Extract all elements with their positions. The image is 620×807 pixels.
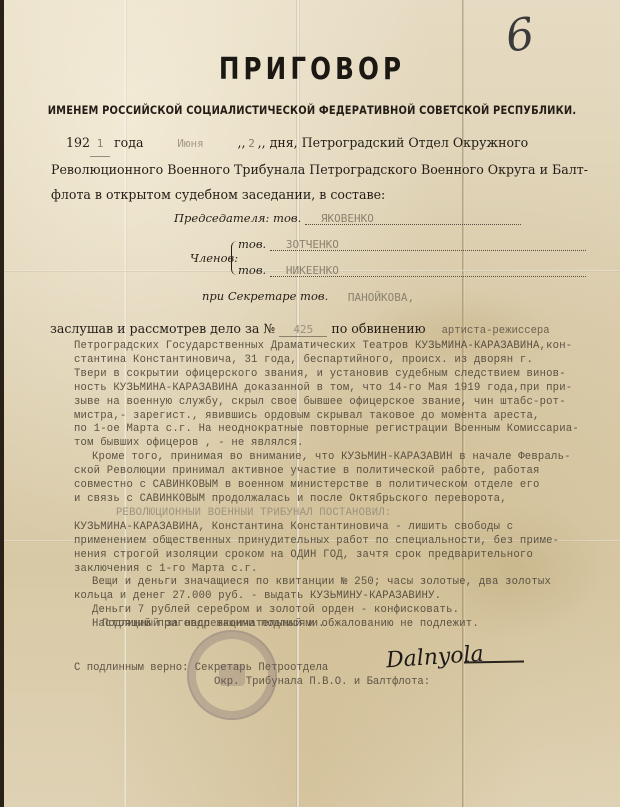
property-line: Вещи и деньги значащиеся по квитанции № … <box>74 576 619 590</box>
document-title: ПРИГОВОР <box>59 52 564 87</box>
year-label: года <box>114 135 143 150</box>
member-1-row: тов. ЗОТЧЕНКО <box>238 237 586 251</box>
secretary-label: при Секретаре тов. <box>202 289 328 303</box>
intro-line-2: Революционного Военного Трибунала Петрог… <box>51 157 598 182</box>
body-line: Кроме того, принимая во внимание, что КУ… <box>74 451 619 465</box>
month-fill: Июня <box>148 131 234 156</box>
intro-line-3: флота в открытом судебном заседании, в с… <box>51 182 598 207</box>
body-line: совместно с САВИНКОВЫМ в военном министе… <box>74 479 619 493</box>
year-prefix: 192 <box>66 130 90 155</box>
case-line: заслушав и рассмотрев дело за № 425 по о… <box>50 321 550 337</box>
document-page: 6 ПРИГОВОР ИМЕНЕМ РОССИЙСКОЙ СОЦИАЛИСТИЧ… <box>4 0 620 807</box>
resolution-line: применением общественных принудительных … <box>74 535 619 549</box>
case-number: 425 <box>279 323 327 337</box>
chairman-row: Председателя: тов. ЯКОВЕНКО <box>174 211 521 225</box>
day-close: ,, дня, Петроградский Отдел Окружного <box>258 135 529 150</box>
secretary-row: при Секретаре тов. ПАНОЙКОВА, <box>202 289 468 303</box>
body-line: том бывших офицеров , - не являлся. <box>74 437 619 451</box>
day-fill: 2 <box>246 131 258 156</box>
body-line: мистра,- зарегист., явившись ордовым скр… <box>74 410 619 424</box>
property-line: Деньги 7 рублей серебром и золотой орден… <box>74 604 619 618</box>
body-line: ской Революции принимал активное участие… <box>74 465 619 479</box>
document-subtitle: ИМЕНЕМ РОССИЙСКОЙ СОЦИАЛИСТИЧЕСКОЙ ФЕДЕР… <box>47 103 577 117</box>
intro-paragraph: 1921 года Июня ,,2,, дня, Петроградский … <box>58 130 598 207</box>
member-2-name: НИКЕЕНКО <box>270 264 586 277</box>
charge-typed: артиста-режиссера <box>442 325 550 337</box>
stamp-emblem-icon <box>219 664 245 686</box>
case-prefix: заслушав и рассмотрев дело за <box>50 321 259 336</box>
body-line: Петроградских Государственных Драматичес… <box>74 340 619 354</box>
secretary-name: ПАНОЙКОВА, <box>332 291 468 303</box>
original-signed-note: Подлинный за надлежащими подписями. <box>102 618 325 630</box>
member-2-label: тов. <box>238 263 266 277</box>
chairman-name: ЯКОВЕНКО <box>305 212 521 225</box>
secretary-signature: Dalnyola <box>385 642 484 674</box>
chairman-label: Председателя: тов. <box>174 211 301 225</box>
resolution-heading: РЕВОЛЮЦИОННЫЙ ВОЕННЫЙ ТРИБУНАЛ ПОСТАНОВИ… <box>74 507 619 521</box>
body-line: Твери в сокрытии офицерского звания, и у… <box>74 368 619 382</box>
member-1-name: ЗОТЧЕНКО <box>270 238 586 251</box>
charge-label: по обвинению <box>331 321 425 336</box>
year-fill: 1 <box>90 131 110 157</box>
signature-stroke <box>464 660 524 663</box>
typed-body: Петроградских Государственных Драматичес… <box>74 340 619 632</box>
tribunal-stamp <box>187 630 277 720</box>
body-line: зыве на военную службу, скрыл свое бывше… <box>74 396 619 410</box>
resolution-line: КУЗЬМИНА-КАРАЗАВИНА, Константина Констан… <box>74 521 619 535</box>
intro-line-date: 1921 года Июня ,,2,, дня, Петроградский … <box>58 130 598 157</box>
property-line: кольца и денег 27.000 руб. - выдать КУЗЬ… <box>74 590 619 604</box>
body-line: ность КУЗЬМИНА-КАРАЗАВИНА доказанной в т… <box>74 382 619 396</box>
body-line: и связь с САВИНКОВЫМ продолжалась и посл… <box>74 493 619 507</box>
member-2-row: тов. НИКЕЕНКО <box>238 263 586 277</box>
body-line: по 1-ое Марта с.г. На неоднократные повт… <box>74 423 619 437</box>
case-number-label: № <box>263 321 275 336</box>
resolution-line: заключения с 1-го Марта с.г. <box>74 563 619 577</box>
body-line: стантина Константиновича, 31 года, беспа… <box>74 354 619 368</box>
day-open: ,, <box>238 135 246 150</box>
resolution-line: нения строгой изоляции сроком на ОДИН ГО… <box>74 549 619 563</box>
member-1-label: тов. <box>238 237 266 251</box>
